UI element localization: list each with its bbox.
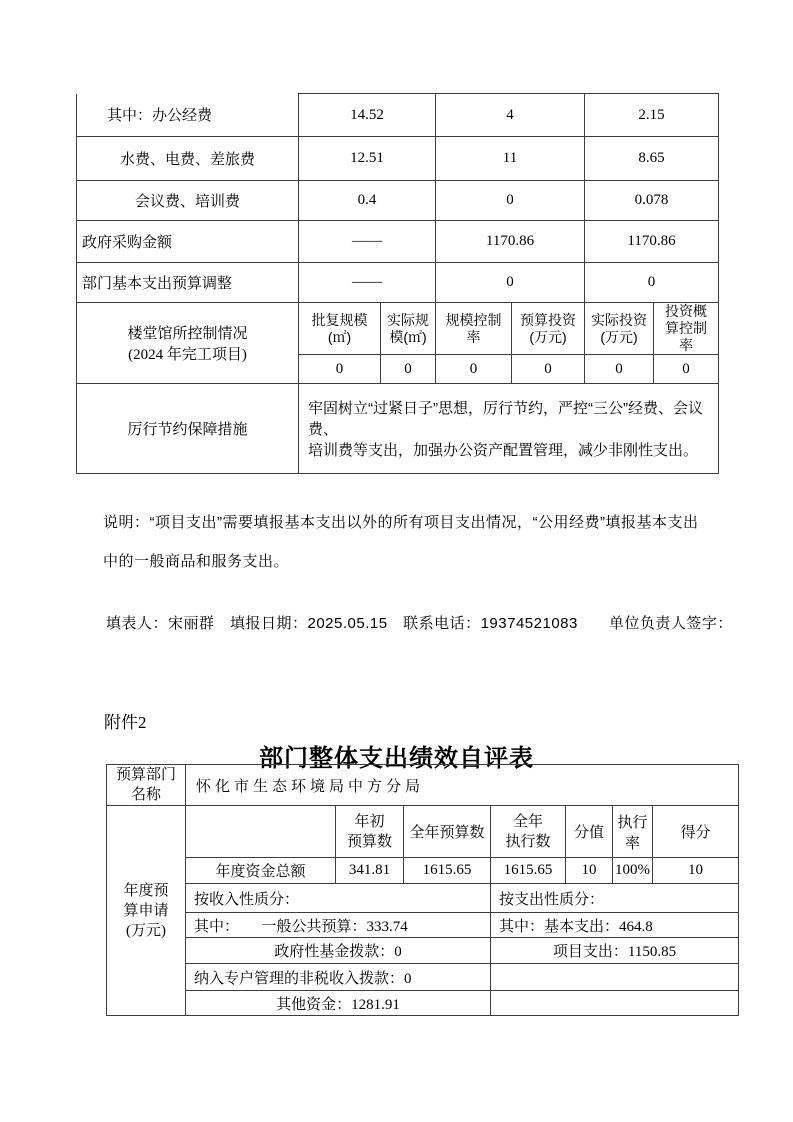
expenditure-detail-table: 其中：办公经费 14.52 4 2.15 水费、电费、差旅费 12.51 11 … <box>76 93 719 474</box>
note-line: 中的一般商品和服务支出。 <box>103 550 289 571</box>
category-header-row: 按收入性质分： 按支出性质分： <box>107 884 739 913</box>
cell-value: 12.51 <box>299 137 436 181</box>
cell-value: 1615.65 <box>404 858 491 884</box>
note-line: 说明：“项目支出”需要填报基本支出以外的所有项目支出情况，“公用经费”填报基本支… <box>103 511 698 532</box>
expense-item <box>491 991 739 1016</box>
building-control-label: 楼堂馆所控制情况 <box>77 322 298 343</box>
column-header: 投资概 算控制 率 <box>654 303 719 355</box>
column-header: 全年 执行数 <box>491 806 566 858</box>
row-label: 其中：办公经费 <box>77 94 299 137</box>
cell-value: 0 <box>585 263 719 303</box>
filler-signature-line: 填表人：宋丽群 填报日期：2025.05.15 联系电话：19374521083… <box>106 612 733 633</box>
column-header: 得分 <box>653 806 739 858</box>
cell-value: —— <box>299 263 436 303</box>
cell-value: 0 <box>436 355 512 384</box>
cell-value: 341.81 <box>336 858 404 884</box>
cell-value: 0 <box>585 355 654 384</box>
self-evaluation-table: 预算部门 名称 怀化市生态环境局中方分局 年度预 算申请 (万元) 年初 预算数… <box>106 764 739 1016</box>
cell-value: 14.52 <box>299 94 436 137</box>
cell-value: 11 <box>436 137 585 181</box>
table-row: 政府性基金拨款：0 项目支出：1150.85 <box>107 938 739 964</box>
table-row: 纳入专户管理的非税收入拨款：0 <box>107 964 739 991</box>
cell-value: 1170.86 <box>436 221 585 263</box>
budget-request-label: 年度预 算申请 (万元) <box>107 806 186 1016</box>
cell-value: 100% <box>613 858 653 884</box>
row-label: 厉行节约保障措施 <box>77 384 299 474</box>
column-header: 全年预算数 <box>404 806 491 858</box>
building-control-sublabel: (2024 年完工项目) <box>77 343 298 364</box>
cell-value: 4 <box>436 94 585 137</box>
total-funds-row: 年度资金总额 341.81 1615.65 1615.65 10 100% 10 <box>107 858 739 884</box>
income-item: 政府性基金拨款：0 <box>186 938 491 964</box>
table-row: 水费、电费、差旅费 12.51 11 8.65 <box>77 137 719 181</box>
table-row: 其他资金：1281.91 <box>107 991 739 1016</box>
cell-value: 1615.65 <box>491 858 566 884</box>
cell-value: 0 <box>381 355 436 384</box>
cell-value: 2.15 <box>585 94 719 137</box>
row-label: 会议费、培训费 <box>77 181 299 221</box>
cell-value: 10 <box>566 858 613 884</box>
column-header: 实际规 模(㎡) <box>381 303 436 355</box>
column-header: 规模控制 率 <box>436 303 512 355</box>
thrift-line: 培训费等支出，加强办公资产配置管理，减少非刚性支出。 <box>308 439 718 460</box>
thrift-row: 厉行节约保障措施 牢固树立“过紧日子”思想，厉行节约，严控“三公”经费、会议费、… <box>77 384 719 474</box>
building-control-header-row: 楼堂馆所控制情况 (2024 年完工项目) 批复规模 (㎡) 实际规 模(㎡) … <box>77 303 719 355</box>
table-row: 其中： 一般公共预算：333.74 其中：基本支出：464.8 <box>107 913 739 938</box>
income-item: 其中： 一般公共预算：333.74 <box>186 913 491 938</box>
column-header: 实际投资 (万元) <box>585 303 654 355</box>
cell-value: 1170.86 <box>585 221 719 263</box>
document-page: 其中：办公经费 14.52 4 2.15 水费、电费、差旅费 12.51 11 … <box>0 0 793 1122</box>
table-row: 会议费、培训费 0.4 0 0.078 <box>77 181 719 221</box>
row-label: 楼堂馆所控制情况 (2024 年完工项目) <box>77 303 299 384</box>
header-row: 年度预 算申请 (万元) 年初 预算数 全年预算数 全年 执行数 分值 执行率 … <box>107 806 739 858</box>
table-row: 部门基本支出预算调整 —— 0 0 <box>77 263 719 303</box>
column-header: 批复规模 (㎡) <box>299 303 381 355</box>
income-item: 纳入专户管理的非税收入拨款：0 <box>186 964 491 991</box>
column-header: 预算投资 (万元) <box>512 303 585 355</box>
cell-value: —— <box>299 221 436 263</box>
expense-item: 项目支出：1150.85 <box>491 938 739 964</box>
empty-cell <box>186 806 336 858</box>
row-label: 政府采购金额 <box>77 221 299 263</box>
cell-value: 0 <box>436 263 585 303</box>
column-header: 执行率 <box>613 806 653 858</box>
cell-value: 0 <box>654 355 719 384</box>
table-row: 政府采购金额 —— 1170.86 1170.86 <box>77 221 719 263</box>
dept-name-value: 怀化市生态环境局中方分局 <box>186 765 739 806</box>
expense-item: 其中：基本支出：464.8 <box>491 913 739 938</box>
cell-value: 0.078 <box>585 181 719 221</box>
row-label: 水费、电费、差旅费 <box>77 137 299 181</box>
cell-value: 10 <box>653 858 739 884</box>
column-header: 年初 预算数 <box>336 806 404 858</box>
dept-name-label: 预算部门 名称 <box>107 765 186 806</box>
expense-item <box>491 964 739 991</box>
thrift-measures-text: 牢固树立“过紧日子”思想，厉行节约，严控“三公”经费、会议费、 培训费等支出，加… <box>299 384 719 474</box>
attachment-label: 附件2 <box>104 708 147 733</box>
income-category-header: 按收入性质分： <box>186 884 491 913</box>
table-row: 其中：办公经费 14.52 4 2.15 <box>77 94 719 137</box>
thrift-line: 牢固树立“过紧日子”思想，厉行节约，严控“三公”经费、会议费、 <box>308 397 718 439</box>
cell-value: 0.4 <box>299 181 436 221</box>
income-item: 其他资金：1281.91 <box>186 991 491 1016</box>
column-header: 分值 <box>566 806 613 858</box>
dept-name-row: 预算部门 名称 怀化市生态环境局中方分局 <box>107 765 739 806</box>
expense-category-header: 按支出性质分： <box>491 884 739 913</box>
cell-value: 0 <box>299 355 381 384</box>
row-label: 部门基本支出预算调整 <box>77 263 299 303</box>
row-label: 年度资金总额 <box>186 858 336 884</box>
cell-value: 0 <box>436 181 585 221</box>
cell-value: 0 <box>512 355 585 384</box>
cell-value: 8.65 <box>585 137 719 181</box>
